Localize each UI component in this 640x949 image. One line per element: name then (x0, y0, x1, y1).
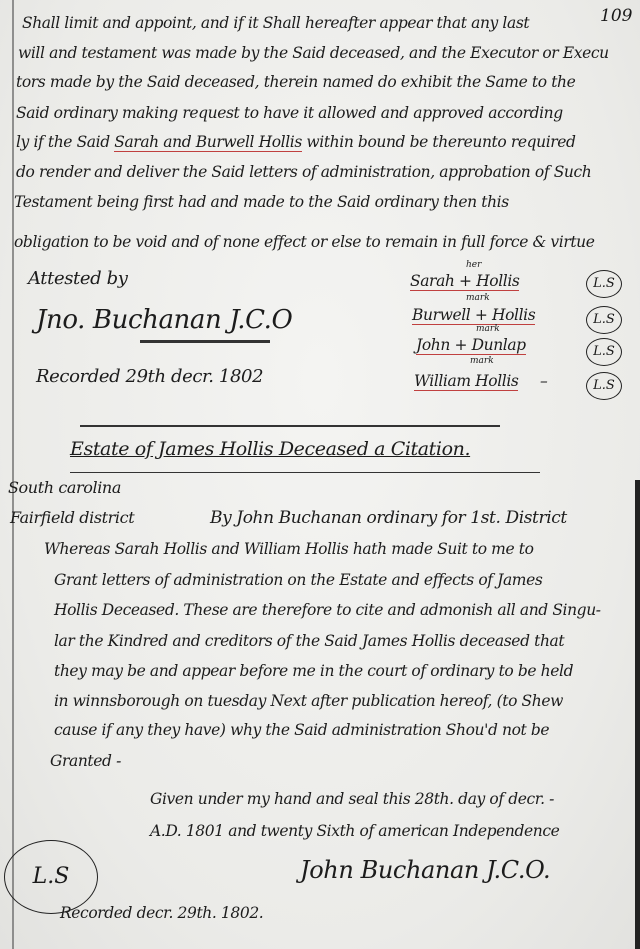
given-under-hand-line: Given under my hand and seal this 28th. … (150, 790, 554, 808)
section-divider (80, 425, 500, 427)
page-number: 109 (600, 6, 632, 26)
citation-line: Grant letters of administration on the E… (54, 571, 542, 589)
jurisdiction-state: South carolina (8, 478, 121, 497)
witness-signature: Jno. Buchanan J.C.O (36, 305, 292, 335)
citation-line: cause if any they have) why the Said adm… (54, 721, 549, 739)
signatory-william-hollis: William Hollis (414, 372, 518, 391)
signatory-first-name: Sarah (410, 272, 455, 290)
bond-text-fragment: ly if the Said (16, 133, 110, 151)
bond-line: Testament being first had and made to th… (14, 193, 509, 211)
citation-heading: Estate of James Hollis Deceased a Citati… (70, 438, 470, 460)
mark-label: mark (466, 293, 490, 303)
principals-names: Sarah and Burwell Hollis (114, 133, 302, 152)
citation-line: Granted - (50, 752, 121, 770)
bond-line: tors made by the Said deceased, therein … (16, 73, 575, 91)
signatory-burwell-hollis: Burwell + Hollis (412, 306, 535, 325)
bond-line: Shall limit and appoint, and if it Shall… (22, 14, 529, 32)
page-edge-shadow (635, 480, 640, 949)
heading-underline (70, 472, 540, 473)
citation-line: they may be and appear before me in the … (54, 662, 573, 680)
seal-ls: L.S (586, 306, 622, 334)
given-date-line: A.D. 1801 and twenty Sixth of american I… (150, 822, 559, 840)
signatory-first-name: John (416, 336, 450, 354)
signature-flourish (140, 340, 270, 343)
seal-ls: L.S (586, 372, 622, 400)
attestation-recorded-date: Recorded 29th decr. 1802 (36, 366, 263, 387)
citation-line: Whereas Sarah Hollis and William Hollis … (44, 540, 534, 558)
dash: – (540, 372, 547, 390)
bond-line: will and testament was made by the Said … (18, 44, 609, 62)
signatory-last-name: Hollis (492, 306, 535, 324)
signatory-first-name: Burwell (412, 306, 470, 324)
bond-line: Said ordinary making request to have it … (16, 104, 563, 122)
jurisdiction-district: Fairfield district (10, 508, 134, 527)
citation-recorded-date: Recorded decr. 29th. 1802. (60, 904, 263, 922)
attested-by-label: Attested by (28, 268, 127, 289)
bond-line: do render and deliver the Said letters o… (16, 163, 591, 181)
her-label: her (466, 260, 481, 270)
citation-line: Hollis Deceased. These are therefore to … (54, 601, 601, 619)
ordinary-signature: John Buchanan J.C.O. (300, 856, 550, 884)
seal-ls: L.S (586, 338, 622, 366)
signatory-last-name: Dunlap (472, 336, 526, 354)
seal-circle-ls: L.S (4, 840, 98, 914)
margin-line (12, 0, 14, 949)
citation-line: in winnsborough on tuesday Next after pu… (54, 692, 563, 710)
signatory-last-name: Hollis (476, 272, 519, 290)
signatory-john-dunlap: John + Dunlap (416, 336, 526, 355)
document-page: 109 Shall limit and appoint, and if it S… (0, 0, 640, 949)
seal-ls: L.S (586, 270, 622, 298)
bond-text-fragment: within bound be thereunto required (306, 133, 575, 151)
mark-label: mark (476, 324, 500, 334)
mark-label: mark (470, 356, 494, 366)
bond-line: obligation to be void and of none effect… (14, 233, 595, 251)
by-line: By John Buchanan ordinary for 1st. Distr… (210, 508, 567, 528)
signatory-sarah-hollis: Sarah + Hollis (410, 272, 519, 291)
bond-line: ly if the Said Sarah and Burwell Hollis … (16, 133, 576, 151)
citation-line: lar the Kindred and creditors of the Sai… (54, 632, 564, 650)
